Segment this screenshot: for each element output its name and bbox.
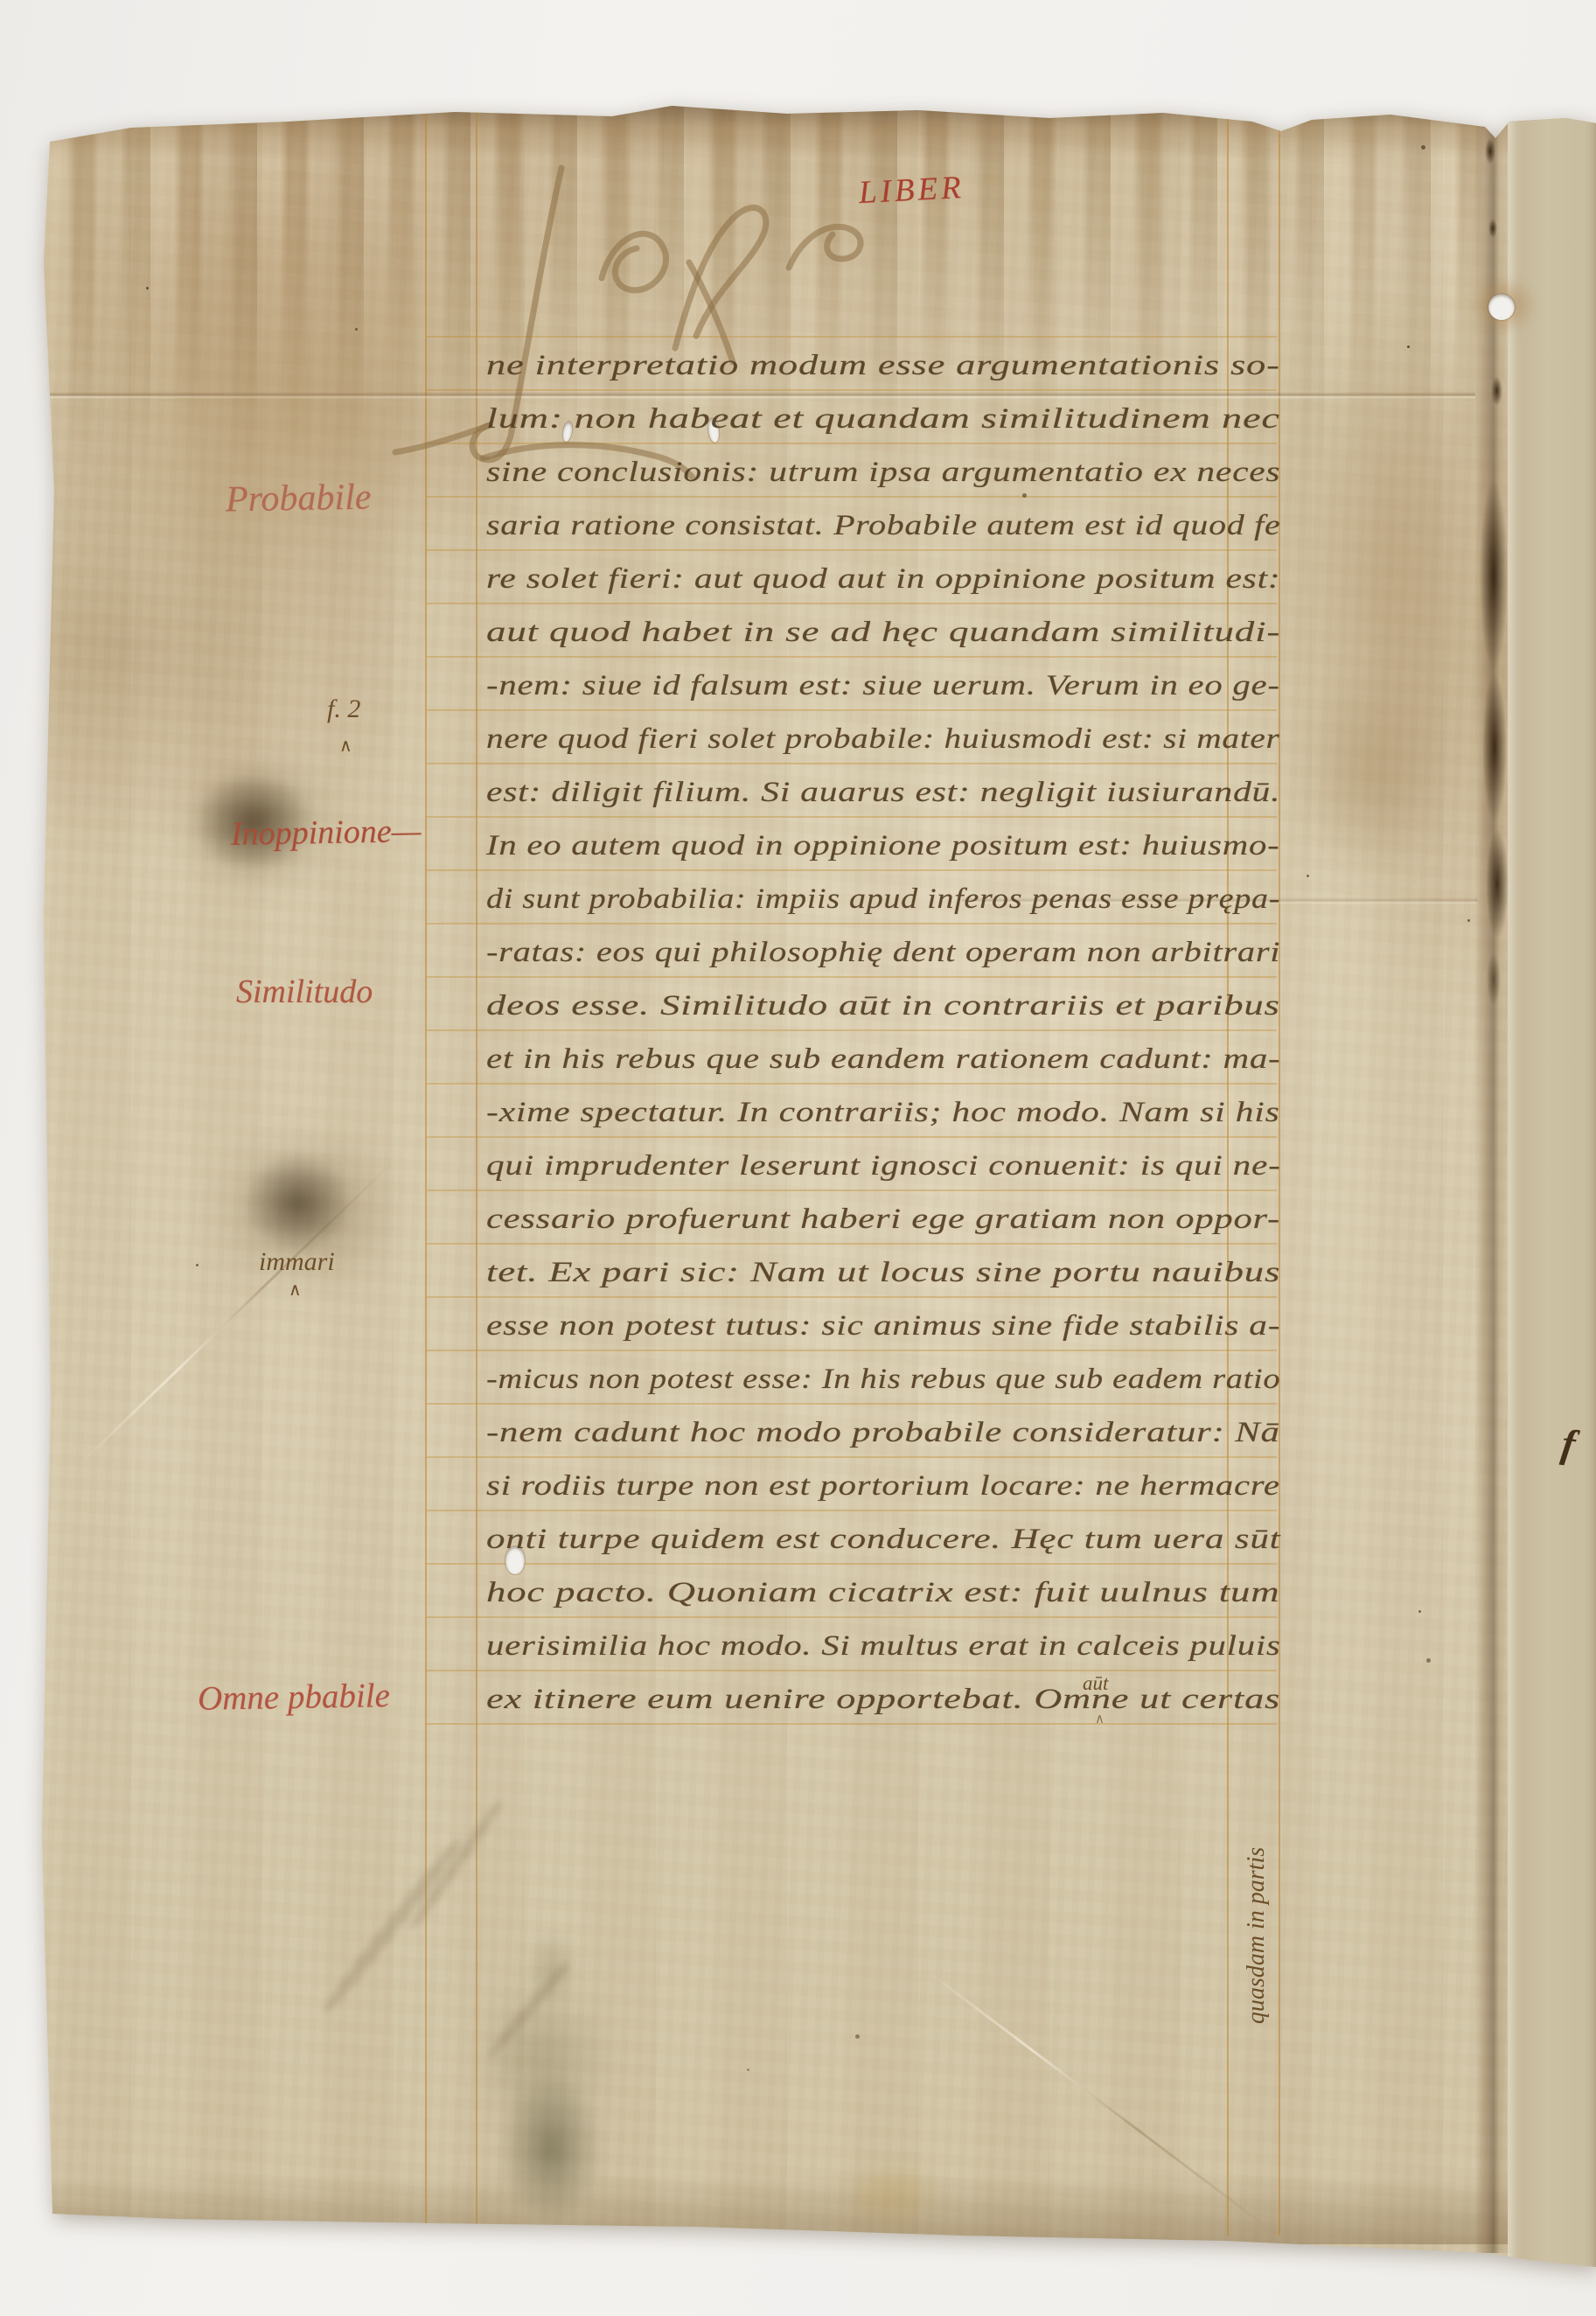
horizontal-ruling-line xyxy=(427,1083,1277,1085)
manuscript-text-line: cessario profuerunt haberi ege gratiam n… xyxy=(486,1203,1280,1236)
horizontal-ruling-line xyxy=(427,1403,1277,1405)
manuscript-text-line: lum: non habeat et quandam similitudinem… xyxy=(486,403,1280,436)
horizontal-ruling-line xyxy=(427,1350,1277,1351)
leaf-shadow-wrapper: LIBER Probabile Inoppinione— Similitudo … xyxy=(0,0,1596,2316)
manuscript-text-line: tet. Ex pari sic: Nam ut locus sine port… xyxy=(486,1257,1280,1289)
fold-ink-blotch xyxy=(1485,138,1495,164)
horizontal-ruling-line xyxy=(427,763,1277,764)
offset-smudge xyxy=(485,1959,572,2060)
fold-ink-blotch xyxy=(1480,479,1508,672)
manuscript-text-line: ne interpretatio modum esse argumentatio… xyxy=(486,350,1280,382)
horizontal-ruling-line xyxy=(427,1136,1277,1138)
fold-ink-blotch xyxy=(1482,673,1507,822)
diagonal-crease xyxy=(80,1159,396,1464)
horizontal-ruling-line xyxy=(427,496,1277,498)
horizontal-ruling-line xyxy=(427,1616,1277,1618)
top-edge-shading xyxy=(0,103,1596,159)
margin-rubric-omne-pbabile: Omne pbabile xyxy=(198,1676,391,1719)
manuscript-text-line: -nem cadunt hoc modo probabile considera… xyxy=(486,1417,1280,1449)
manuscript-text-line: qui imprudenter leserunt ignosci conueni… xyxy=(486,1150,1281,1182)
water-stain xyxy=(61,192,516,647)
running-title-liber: LIBER xyxy=(858,169,965,212)
manuscript-text-line: est: diligit filium. Si auarus est: negl… xyxy=(486,777,1280,809)
manuscript-text-line: -nem: siue id falsum est: siue uerum. Ve… xyxy=(486,670,1280,702)
ink-speckles xyxy=(0,0,4,4)
horizontal-fold-crease xyxy=(50,392,1475,399)
horizontal-ruling-line xyxy=(427,1243,1277,1245)
manuscript-text-line: aut quod habet in se ad hęc quandam simi… xyxy=(486,617,1280,649)
vertical-ruling-line xyxy=(425,112,427,2236)
bottom-stain-drip xyxy=(525,1929,579,2010)
manuscript-text-line: -micus non potest esse: In his rebus que… xyxy=(486,1364,1280,1396)
insertion-caret: ∧ xyxy=(289,1279,302,1301)
manuscript-text-line: -ratas: eos qui philosophię dent operam … xyxy=(486,937,1280,969)
horizontal-ruling-line xyxy=(427,443,1277,444)
horizontal-ruling-line xyxy=(427,549,1277,551)
punched-hole xyxy=(1488,294,1515,320)
manuscript-text-line: -xime spectatur. In contrariis; hoc modo… xyxy=(486,1097,1280,1129)
horizontal-ruling-line xyxy=(427,389,1277,391)
horizontal-ruling-line xyxy=(427,1456,1277,1458)
horizontal-ruling-line xyxy=(427,709,1277,711)
manuscript-text-line: onti turpe quidem est conducere. Hęc tum… xyxy=(486,1524,1280,1556)
horizontal-ruling-line xyxy=(427,976,1277,978)
horizontal-ruling-line xyxy=(427,1723,1277,1725)
manuscript-text-line: ex itinere eum uenire opportebat. Omne u… xyxy=(486,1684,1280,1716)
horizontal-ruling-line xyxy=(427,869,1277,871)
fold-ink-blotch xyxy=(1486,829,1509,938)
horizontal-ruling-line xyxy=(427,1510,1277,1511)
parchment-leaf: LIBER Probabile Inoppinione— Similitudo … xyxy=(0,0,1596,2316)
margin-note-folio: f. 2 xyxy=(327,694,360,724)
water-stain xyxy=(1286,665,1452,883)
bottom-edge-shading xyxy=(0,2174,1596,2244)
horizontal-ruling-line xyxy=(427,1189,1277,1191)
fold-ink-blotch xyxy=(1488,219,1497,238)
manuscript-text-line: saria ratione consistat. Probabile autem… xyxy=(486,510,1280,542)
horizontal-ruling-line xyxy=(427,603,1277,604)
manuscript-text-line: re solet fieri: aut quod aut in oppinion… xyxy=(486,563,1280,596)
manuscript-text-line: deos esse. Similitudo aūt in contrariis … xyxy=(486,990,1280,1022)
manuscript-text-line: et in his rebus que sub eandem rationem … xyxy=(486,1043,1280,1076)
horizontal-ruling-line xyxy=(427,923,1277,924)
stain-halo xyxy=(477,1982,612,2135)
manuscript-text-line: si rodiis turpe non est portorium locare… xyxy=(486,1470,1280,1503)
margin-rubric-probabile: Probabile xyxy=(226,477,372,521)
manuscript-text-line: sine conclusionis: utrum ipsa argumentat… xyxy=(486,457,1280,489)
fold-ink-blotch xyxy=(1491,376,1502,406)
manuscript-text-line: In eo autem quod in oppinione positum es… xyxy=(486,830,1279,862)
horizontal-ruling-line xyxy=(427,1296,1277,1298)
vertical-ruling-line xyxy=(476,112,477,2236)
horizontal-ruling-line xyxy=(427,656,1277,658)
margin-rubric-similitudo: Similitudo xyxy=(236,973,373,1011)
horizontal-ruling-line xyxy=(427,1670,1277,1671)
margin-note-immari: immari xyxy=(259,1247,335,1277)
horizontal-ruling-line xyxy=(427,1563,1277,1565)
manuscript-text-line: nere quod fieri solet probabile: huiusmo… xyxy=(486,723,1280,756)
horizontal-ruling-line xyxy=(427,816,1277,818)
insertion-caret: ∧ xyxy=(339,735,352,757)
manuscript-text-line: uerisimilia hoc modo. Si multus erat in … xyxy=(486,1630,1281,1663)
offset-smudge xyxy=(320,1835,466,2016)
offset-smudge xyxy=(407,1797,505,1932)
horizontal-ruling-line xyxy=(427,336,1277,338)
conjoint-leaf-strip xyxy=(1508,110,1596,2271)
horizontal-ruling-line xyxy=(427,1029,1277,1031)
photographed-manuscript-page: { "page_title": { "text": "LIBER" }, "ma… xyxy=(0,0,1596,2316)
fold-ink-blotch xyxy=(1487,953,1501,1006)
manuscript-text-line: di sunt probabilia: impiis apud inferos … xyxy=(486,883,1280,916)
manuscript-text-line: hoc pacto. Quoniam cicatrix est: fuit uu… xyxy=(486,1577,1279,1609)
dark-stain-blob xyxy=(243,1153,352,1253)
manuscript-text-line: esse non potest tutus: sic animus sine f… xyxy=(486,1310,1280,1343)
margin-rubric-inoppinione: Inoppinione— xyxy=(231,812,422,854)
spine-fold-crease xyxy=(1474,112,1511,2253)
vertical-margin-note: quasdam in partis xyxy=(1243,1791,1272,2080)
